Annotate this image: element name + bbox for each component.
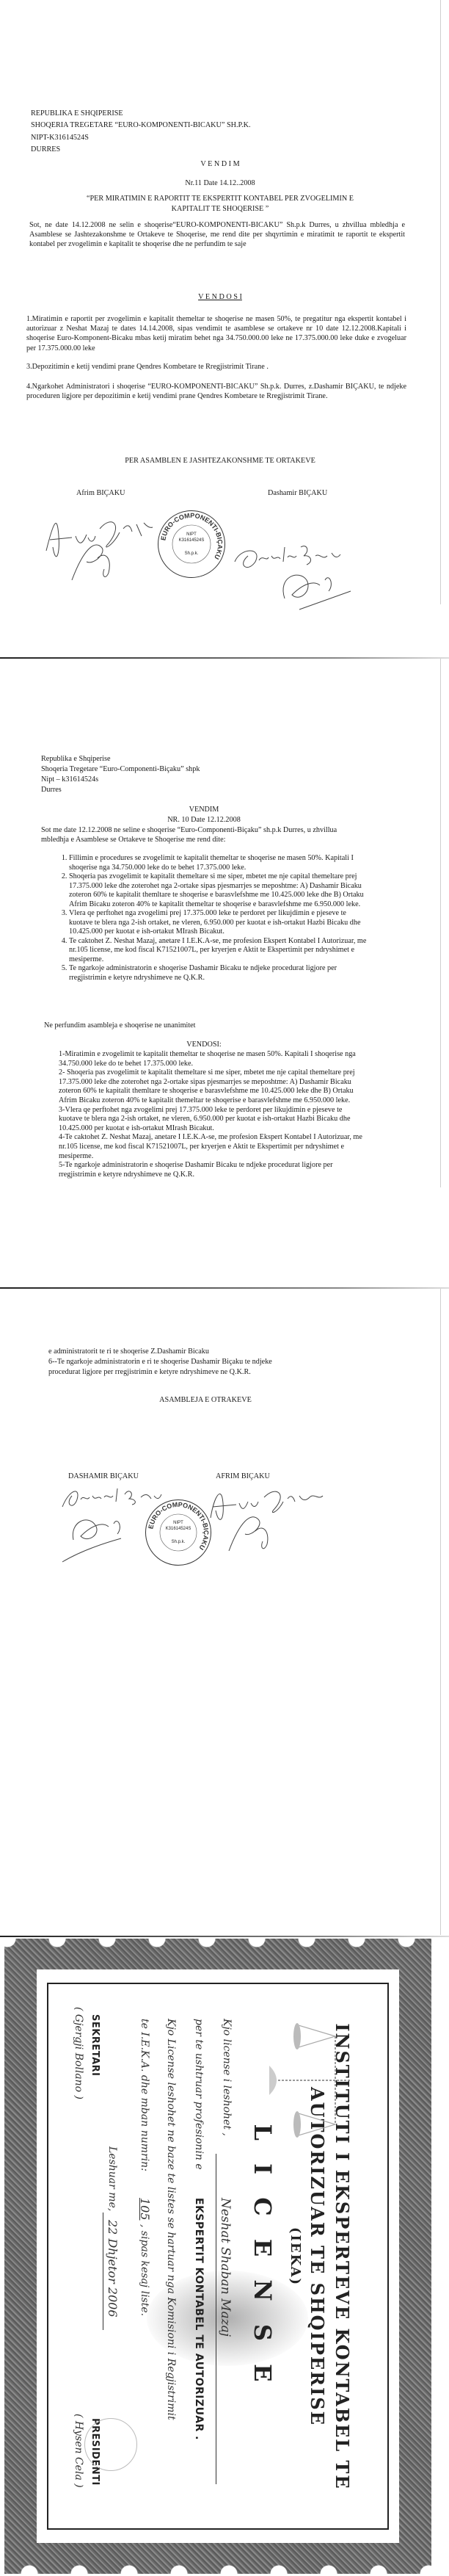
signatory-afrim: AFRIM BIÇAKU: [216, 1472, 270, 1481]
border-scallop-top: [4, 1939, 431, 1959]
svg-text:EURO-COMPONENTI-BIÇAKU: EURO-COMPONENTI-BIÇAKU: [159, 512, 224, 560]
agenda-item: Vlera qe perftohet nga zvogelimi prej 17…: [69, 909, 367, 937]
issued-date-label: Leshuar me,: [106, 2146, 118, 2211]
license-issued-to-label: Kjo license i leshohet ,: [221, 2019, 233, 2136]
signatory-dashamir: DASHAMIR BIÇAKU: [68, 1472, 139, 1481]
license-holder-name: Neshat Shaban Mazaj: [218, 2198, 233, 2337]
subject-line-2: KAPITALIT TE SHOQERISE ”: [0, 204, 440, 214]
license-profession: EKSPERTIT KONTABEL TE AUTORIZUAR .: [193, 2198, 205, 2440]
scales-of-justice-icon: [255, 2022, 365, 2139]
agenda-item: Te ngarkoje administratorin e shoqerise …: [69, 964, 367, 983]
license-number-suffix: , sipas kesaj liste.: [139, 2224, 150, 2316]
header-city: Durres: [41, 785, 62, 795]
page-divider: [0, 1936, 449, 1937]
border-scallop-bottom: [4, 2553, 431, 2574]
header-company: Shoqeria Tregetare “Euro-Componenti-Biça…: [41, 764, 200, 774]
intro-paragraph: Sot me date 12.12.2008 ne seline e shoqe…: [41, 825, 358, 844]
secretary-name: ( Gjergji Bollano ): [73, 2007, 84, 2099]
document-number-date: Nr.11 Date 14.12..2008: [0, 178, 440, 188]
header-company: SHOQERIA TREGETARE “EURO-KOMPONENTI-BICA…: [31, 120, 251, 130]
assembly-heading: PER ASAMBLEN E JASHTEZAKONSHME TE ORTAKE…: [0, 456, 440, 466]
intro-paragraph: Sot, ne date 14.12.2008 ne selin e shoqe…: [29, 220, 405, 250]
decided-heading: V E N D O S I: [0, 292, 440, 302]
decision-item-4: 4.Ngarkohet Administratori i shoqerise “…: [26, 382, 406, 401]
decision-item: 5-Te ngarkoje administratorin e shoqeris…: [59, 1161, 367, 1179]
profession-label: per te ushtruar profesionin e: [193, 2019, 205, 2170]
license-number-prefix: te I.E.K.A. dhe mban numrin:: [139, 2019, 150, 2171]
page-decision-nr11: REPUBLIKA E SHQIPERISE SHOQERIA TREGETAR…: [0, 0, 441, 604]
company-stamp: EURO-COMPONENTI-BIÇAKU NIPT K31614524S S…: [145, 1499, 211, 1566]
agenda-item: Fillimin e procedures se zvogelimit te k…: [69, 854, 367, 872]
certificate-content: INSTITUTI I EKSPERTEVE KONTABEL TE AUTOR…: [56, 1978, 379, 2536]
ieka-license-certificate: INSTITUTI I EKSPERTEVE KONTABEL TE AUTOR…: [4, 1939, 431, 2574]
svg-text:EURO-COMPONENTI-BIÇAKU: EURO-COMPONENTI-BIÇAKU: [147, 1501, 210, 1552]
document-title: V E N D I M: [0, 159, 440, 169]
continuation-line: e administratorit te ri te shoqerise Z.D…: [48, 1347, 209, 1356]
header-country: Republika e Shqiperise: [41, 754, 111, 764]
decision-item: 3-Vlera qe perftohet nga zvogelimi prej …: [59, 1106, 367, 1134]
signature-dashamir: [233, 540, 387, 613]
decision-item-3: 3.Depozitimin e ketij vendimi prane Qend…: [26, 362, 406, 372]
signature-afrim: [43, 507, 167, 587]
document-title: VENDIM: [0, 805, 408, 814]
conclusion-line: Ne perfundim asambleja e shoqerise ne un…: [44, 1021, 196, 1030]
decision-item-1: 1.Miratimin e raportit per zvogelimin e …: [26, 314, 406, 353]
decision-item: 1-Miratimin e zvogelimit te kapitalit th…: [59, 1050, 367, 1068]
continuation-line: 6--Te ngarkoje administratorin e ri te s…: [48, 1357, 272, 1367]
subject-line-1: “PER MIRATIMIN E RAPORTIT TE EKSPERTIT K…: [0, 194, 440, 203]
signature-afrim: [207, 1481, 339, 1562]
page-decision-continuation: e administratorit te ri te shoqerise Z.D…: [0, 1289, 441, 1935]
agenda-item: Shoqeria pas zvogelimit te kapitalit the…: [69, 872, 367, 909]
decision-item: 2- Shoqeria pas zvogelimit te kapitalit …: [59, 1068, 367, 1105]
company-stamp: EURO-COMPONENTI-BIÇAKU NIPT K31614524S S…: [158, 510, 225, 578]
header-city: DURRES: [31, 145, 60, 154]
certificate-paper: INSTITUTI I EKSPERTEVE KONTABEL TE AUTOR…: [37, 1969, 399, 2543]
decision-item: 4-Te caktohet Z. Neshat Mazaj, anetare I…: [59, 1133, 367, 1161]
signatory-dashamir: Dashamir BIÇAKU: [268, 488, 327, 498]
header-country: REPUBLIKA E SHQIPERISE: [31, 109, 123, 118]
ieka-seal: [84, 2418, 137, 2471]
signatory-afrim: Afrim BIÇAKU: [76, 488, 125, 498]
assembly-heading: ASAMBLEJA E OTRAKEVE: [0, 1395, 411, 1405]
continuation-line: procedurat ligjore per rregjistrimin e k…: [48, 1367, 251, 1377]
license-number: 105: [138, 2198, 152, 2221]
president-name: ( Hysen Cela ): [73, 2414, 84, 2488]
license-register-text: Kjo License leshohet ne baze te listes s…: [165, 2019, 177, 2420]
header-nipt: Nipt – k31614524s: [41, 775, 98, 784]
header-nipt: NIPT-K31614524S: [31, 133, 89, 142]
holder-name-underline: [216, 2154, 216, 2484]
document-number-date: NR. 10 Date 12.12.2008: [0, 815, 408, 825]
agenda-item: Te caktohet Z. Neshat Mazaj, anetare I I…: [69, 937, 367, 965]
decisions-list: 1-Miratimin e zvogelimit te kapitalit th…: [59, 1050, 367, 1179]
page-decision-nr10: Republika e Shqiperise Shoqeria Tregetar…: [0, 659, 441, 1187]
decided-heading: VENDOSI:: [0, 1040, 408, 1049]
secretary-label: SEKRETARI: [90, 2014, 101, 2076]
issued-date: 22 Dhjetor 2006: [106, 2220, 120, 2318]
agenda-list: Fillimin e procedures se zvogelimit te k…: [51, 854, 367, 983]
issued-date-underline: [103, 2213, 103, 2330]
